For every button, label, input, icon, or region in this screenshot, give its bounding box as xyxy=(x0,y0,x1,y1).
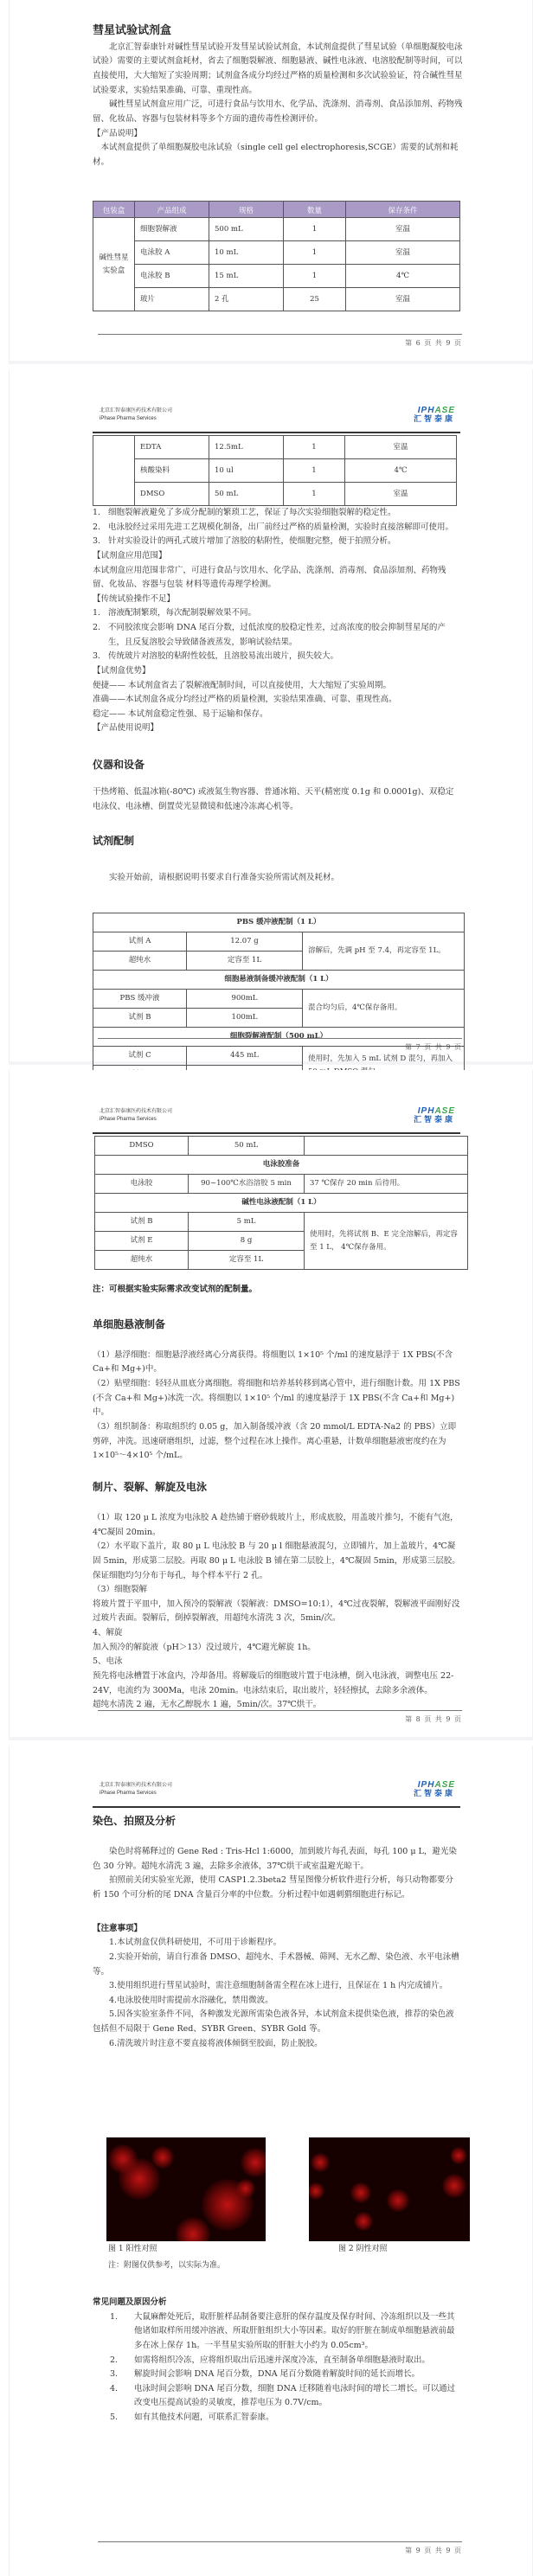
faq-title: 常见问题及原因分析 xyxy=(93,2296,460,2310)
faq-text: 大鼠麻醉处死后，取肝脏样品制备要注意肝的保存温度及保存时间、冷冻组织以及一些其他… xyxy=(134,2312,455,2350)
suspension-step: （3）组织制备：称取组织约 0.05 g，加入制备缓冲液（含 20 mmol/L… xyxy=(93,1420,460,1464)
kit-components-table-body: 碱性彗星实验盒 细胞裂解液 500 mL 1 室温 电泳胶 A 10 mL 1 … xyxy=(93,217,460,311)
equipment-title: 仪器和设备 xyxy=(93,757,460,773)
company-name-en: iPhase Pharma Services xyxy=(100,415,172,423)
notice-item: 2.实验开始前，请自行准备 DMSO、超纯水、手术器械、筛网、无水乙醇、染色液、… xyxy=(93,1951,460,1979)
advantage-item: 准确——本试剂盒各成分均经过严格的质量检测，实验结果准确、可靠、重现性高。 xyxy=(93,693,460,708)
scope-heading: 【试剂盒应用范围】 xyxy=(93,549,460,564)
page-header: 北京汇智泰康医药技术有限公司 iPhase Pharma Services IP… xyxy=(93,1105,460,1134)
faq-item: 4.电泳时间会影响 DNA 尾百分数，细胞 DNA 迁移随着电泳时间的增长二增长… xyxy=(93,2382,460,2411)
cell-storage: 4℃ xyxy=(346,265,460,288)
reagent-intro: 实验开始前，请根据说明书要求自行准备实验所需试剂及耗材。 xyxy=(93,871,460,886)
cell-reagent: PBS 缓冲液 xyxy=(93,990,187,1009)
intro-paragraph-1: 北京汇智泰康针对碱性彗星试验开发彗星试验试剂盒，本试剂盒提供了彗星试验（单细胞凝… xyxy=(93,41,465,99)
stain-paragraph-1: 染色时将稀释过的 Gene Red : Tris-Hcl 1:6000，加到玻片… xyxy=(93,1845,460,1874)
page-9: 北京汇智泰康医药技术有限公司 iPhase Pharma Services IP… xyxy=(9,1746,533,2576)
cell-amount: 定容至 1L xyxy=(189,1251,305,1270)
feature-text: 细胞裂解液避免了多成分配制的繁琐工艺，保证了每次实验细胞裂解的稳定性。 xyxy=(108,508,396,517)
cell-spec: 50 mL xyxy=(209,483,284,506)
company-name-en: iPhase Pharma Services xyxy=(100,1116,172,1124)
cell-spec: 12.5mL xyxy=(209,436,284,459)
cell-name: 电泳胶 A xyxy=(135,241,209,265)
doc-title: 彗星试验试剂盒 xyxy=(93,22,465,41)
product-heading: 【产品说明】 xyxy=(93,127,465,142)
scope-text: 本试剂盒应用范围非常广，可进行食品与饮用水、化学品、洗涤剂、消毒剂、食品添加剂、… xyxy=(93,564,460,593)
cell-reagent: DMSO xyxy=(95,1137,189,1156)
page-8: 北京汇智泰康医药技术有限公司 iPhase Pharma Services IP… xyxy=(9,1070,533,1740)
page-footer: 第 8 页 共 9 页 xyxy=(98,1710,462,1726)
cell-note xyxy=(305,1137,468,1156)
box-name-cell: 碱性彗星实验盒 xyxy=(93,218,135,311)
process-step: 加入预冷的解旋液（pH＞13）没过玻片，4℃避光解旋 1h。 xyxy=(93,1641,460,1656)
table-row: PBS 缓冲液 900mL 混合均匀后，4℃保存备用。 xyxy=(93,990,465,1009)
suspension-step: （1）悬浮细胞：细胞悬浮液经离心分离获得。将细胞以 1×10⁵ 个/ml 的速度… xyxy=(93,1349,460,1377)
notice-item: 4.电泳胶使用时需提前水浴融化，禁用微波。 xyxy=(93,1994,460,2009)
kit-components-table-continued: EDTA 12.5mL 1 室温 核酸染料 10 ul 1 4℃ DMSO 50… xyxy=(93,435,457,506)
logo-text-cn: 汇智泰康 xyxy=(414,415,455,424)
faq-text: 电泳时间会影响 DNA 尾百分数，细胞 DNA 迁移随着电泳时间的增长二增长。可… xyxy=(134,2384,455,2408)
table-row: 试剂 B 5 mL 使用时，先将试剂 B、E 完全溶解后，再定容至 1 L， 4… xyxy=(95,1213,468,1232)
cell-storage: 4℃ xyxy=(345,459,457,483)
table-note: 注：可根据实验实际需求改变试剂的配制量。 xyxy=(93,1283,460,1298)
reagent-prep-table: PBS 缓冲液配制（1 L） 试剂 A 12.07 g 溶解后，先调 pH 至 … xyxy=(93,913,465,1085)
company-name-cn: 北京汇智泰康医药技术有限公司 xyxy=(100,407,172,415)
shortcoming-item: 3.传统玻片对溶胶的粘附性较低，且溶胶易流出玻片，损失较大。 xyxy=(93,650,460,664)
usage-heading: 【产品使用说明】 xyxy=(93,721,460,736)
faq-item: 5.如有其他技术问题，可联系汇智泰康。 xyxy=(93,2411,460,2425)
table-row: 试剂 A 12.07 g 溶解后，先调 pH 至 7.4，再定容至 1L。 xyxy=(93,932,465,952)
process-step: （3）细胞裂解 xyxy=(93,1583,460,1598)
positive-control-image xyxy=(106,2137,266,2241)
cell-name: 核酸染料 xyxy=(135,459,209,483)
iphase-logo: IPHASE 汇智泰康 xyxy=(414,1780,455,1798)
feature-text: 电泳胶经过采用先进工艺规模化制备，出厂前经过严格的质量检测，实验时直接溶解即可使… xyxy=(108,522,453,532)
cell-amount: 定容至 1L xyxy=(187,952,303,971)
stain-paragraph-2: 拍照前关闭实验室光源，使用 CASP1.2.3beta2 彗星图像分析软件进行分… xyxy=(93,1874,460,1902)
cell-amount: 90~100℃水浴溶胶 5 min xyxy=(189,1175,305,1194)
cell-spec: 10 mL xyxy=(209,241,284,265)
feature-item: 1.细胞裂解液避免了多成分配制的繁琐工艺，保证了每次实验细胞裂解的稳定性。 xyxy=(93,506,460,521)
figure-note: 注：附图仅供参考，以实际为准。 xyxy=(108,2259,225,2273)
table-row: EDTA 12.5mL 1 室温 xyxy=(93,436,457,459)
product-text: 本试剂盒提供了单细胞凝胶电泳试验（single cell gel electro… xyxy=(93,141,465,170)
cell-amount: 5 mL xyxy=(189,1213,305,1232)
shortcoming-heading: 【传统试验操作不足】 xyxy=(93,593,460,607)
prep-section-title: PBS 缓冲液配制（1 L） xyxy=(93,913,465,932)
stain-title: 染色、拍照及分析 xyxy=(93,1813,460,1829)
advantage-item: 便捷—— 本试剂盒省去了裂解液配制时间，可以直接使用，大大缩短了实验周期。 xyxy=(93,679,460,694)
kit-table-continued-wrap: EDTA 12.5mL 1 室温 核酸染料 10 ul 1 4℃ DMSO 50… xyxy=(93,435,457,506)
cell-spec: 10 ul xyxy=(209,459,284,483)
cell-name: 电泳胶 B xyxy=(135,265,209,288)
reagent-prep-table-continued: DMSO 50 mL 电泳胶准备 电泳胶 90~100℃水浴溶胶 5 min 3… xyxy=(94,1136,468,1270)
table-row: 玻片 2 孔 25 室温 xyxy=(93,288,460,311)
notice-item: 3.使用组织进行彗星试验时，需注意细胞制备需全程在冰上进行，且保证在 1 h 内… xyxy=(93,1979,460,1994)
cell-spec: 2 孔 xyxy=(209,288,284,311)
company-name: 北京汇智泰康医药技术有限公司 iPhase Pharma Services xyxy=(100,1782,172,1797)
prep-section-title: 碱性电泳液配制（1 L） xyxy=(95,1194,468,1213)
page-header: 北京汇智泰康医药技术有限公司 iPhase Pharma Services IP… xyxy=(93,1778,460,1808)
feature-item: 2.电泳胶经过采用先进工艺规模化制备，出厂前经过严格的质量检测，实验时直接溶解即… xyxy=(93,521,460,535)
table-row: 电泳胶 90~100℃水浴溶胶 5 min 37 ℃保存 20 min 后待用。 xyxy=(95,1175,468,1194)
cell-name: EDTA xyxy=(135,436,209,459)
company-name-en: iPhase Pharma Services xyxy=(100,1790,172,1797)
cell-storage: 室温 xyxy=(345,483,457,506)
table-row: 碱性彗星实验盒 细胞裂解液 500 mL 1 室温 xyxy=(93,218,460,241)
reagent-title: 试剂配制 xyxy=(93,833,460,849)
table-row: 核酸染料 10 ul 1 4℃ xyxy=(93,459,457,483)
notice-item: 6.清洗玻片时注意不要直接将液体倾倒至胶面，防止脱胶。 xyxy=(93,2037,460,2052)
table-row: 电泳胶 B 15 mL 1 4℃ xyxy=(93,265,460,288)
faq-text: 如需将组织冷冻，应将组织取出后迅速并深度冷冻，直至制备单细胞悬液时取出。 xyxy=(134,2355,430,2365)
cell-amount: 50 mL xyxy=(189,1137,305,1156)
cell-amount: 8 g xyxy=(189,1232,305,1251)
process-step: （1）取 120 μ L 浓度为电泳胶 A 趁热铺于磨砂载玻片上，形成底胶，用盖… xyxy=(93,1511,460,1540)
shortcoming-item: 1.溶液配制繁琐，每次配制裂解效果不同。 xyxy=(93,606,460,621)
cell-storage: 室温 xyxy=(346,288,460,311)
page-header: 北京汇智泰康医药技术有限公司 iPhase Pharma Services IP… xyxy=(93,404,460,433)
process-title: 制片、裂解、解旋及电泳 xyxy=(93,1479,460,1496)
cell-qty: 1 xyxy=(284,218,346,241)
page-footer: 第 7 页 共 9 页 xyxy=(98,1038,462,1054)
cell-amount: 100mL xyxy=(187,1009,303,1028)
cell-amount: 900mL xyxy=(187,990,303,1009)
cell-name: DMSO xyxy=(135,483,209,506)
page-footer: 第 6 页 共 9 页 xyxy=(98,334,462,349)
shortcoming-text: 传统玻片对溶胶的粘附性较低，且溶胶易流出玻片，损失较大。 xyxy=(108,651,338,661)
faq-item: 2.如需将组织冷冻，应将组织取出后迅速并深度冷冻，直至制备单细胞悬液时取出。 xyxy=(93,2354,460,2368)
faq-item: 3.解旋时间会影响 DNA 尾百分数，DNA 尾百分数随着解旋时间的延长而增长。 xyxy=(93,2368,460,2382)
cell-storage: 室温 xyxy=(346,241,460,265)
company-name: 北京汇智泰康医药技术有限公司 iPhase Pharma Services xyxy=(100,1108,172,1123)
cell-spec: 15 mL xyxy=(209,265,284,288)
cell-reagent: 试剂 A xyxy=(93,932,187,952)
logo-text-cn: 汇智泰康 xyxy=(414,1790,455,1798)
suspension-title: 单细胞悬液制备 xyxy=(93,1317,460,1333)
equipment-text: 干热烤箱、低温冰箱(-80℃) 或液氮生物容器、普通冰箱、天平(精密度 0.1g… xyxy=(93,785,460,814)
cell-reagent: 试剂 B xyxy=(95,1213,189,1232)
notice-item: 1.本试剂盒仅供科研使用，不可用于诊断程序。 xyxy=(93,1936,460,1951)
faq-item: 1.大鼠麻醉处死后，取肝脏样品制备要注意肝的保存温度及保存时间、冷冻组织以及一些… xyxy=(93,2310,460,2354)
figure-2-caption: 图 2 阴性对照 xyxy=(338,2243,387,2257)
cell-note: 溶解后，先调 pH 至 7.4，再定容至 1L。 xyxy=(303,932,465,971)
prep-table-continued-wrap: DMSO 50 mL 电泳胶准备 电泳胶 90~100℃水浴溶胶 5 min 3… xyxy=(94,1136,468,1270)
negative-control-image xyxy=(309,2137,470,2241)
table-row: 电泳胶 A 10 mL 1 室温 xyxy=(93,241,460,265)
process-step: 将玻片置于平皿中，加入预冷的裂解液（裂解液：DMSO=10:1），4℃过夜裂解，… xyxy=(93,1598,460,1626)
company-name: 北京汇智泰康医药技术有限公司 iPhase Pharma Services xyxy=(100,407,172,422)
process-step: 5、电泳 xyxy=(93,1655,460,1669)
cell-storage: 室温 xyxy=(346,218,460,241)
process-step: （2）水平取下盖片，取 80 μ L 电泳胶 B 与 20 μ l 细胞悬液混匀… xyxy=(93,1540,460,1583)
cell-note: 混合均匀后，4℃保存备用。 xyxy=(303,990,465,1028)
shortcoming-item: 2.不同胶浓度会影响 DNA 尾百分数，过低浓度的胶稳定性差，过高浓度的胶会抑制… xyxy=(93,621,460,650)
table-row: DMSO 50 mL 1 室温 xyxy=(93,483,457,506)
cell-spec: 500 mL xyxy=(209,218,284,241)
cell-name: 玻片 xyxy=(135,288,209,311)
cell-name: 细胞裂解液 xyxy=(135,218,209,241)
intro-paragraph-2: 碱性彗星试剂盒应用广泛，可进行食品与饮用水、化学品、洗涤剂、消毒剂、食品添加剂、… xyxy=(93,98,465,126)
logo-text-cn: 汇智泰康 xyxy=(414,1116,455,1125)
suspension-step: （2）贴壁细胞：轻轻从皿底分离细胞。将细胞和培养基转移到离心管中，进行细胞计数。… xyxy=(93,1377,460,1420)
notice-heading: 【注意事项】 xyxy=(93,1922,460,1937)
cell-reagent: 试剂 E xyxy=(95,1232,189,1251)
cell-qty: 1 xyxy=(284,459,345,483)
cell-amount: 12.07 g xyxy=(187,932,303,952)
cell-qty: 1 xyxy=(284,436,345,459)
cell-qty: 1 xyxy=(284,265,346,288)
cell-reagent: 超纯水 xyxy=(93,952,187,971)
cell-reagent: 超纯水 xyxy=(95,1251,189,1270)
shortcoming-text: 溶液配制繁琐，每次配制裂解效果不同。 xyxy=(108,608,256,618)
box-name-cell-empty xyxy=(93,436,135,506)
cell-note: 37 ℃保存 20 min 后待用。 xyxy=(305,1175,468,1194)
feature-text: 针对实验设计的两孔式玻片增加了溶胶的粘附性，使细胞完整，便于拍照分析。 xyxy=(108,536,396,546)
cell-qty: 1 xyxy=(284,483,345,506)
page-6-table: 碱性彗星实验盒 细胞裂解液 500 mL 1 室温 电泳胶 A 10 mL 1 … xyxy=(9,217,533,364)
cell-reagent: 电泳胶 xyxy=(95,1175,189,1194)
process-step: 预先将电泳槽置于冰盒内，冷却备用。将解璇后的细胞玻片置于电泳槽，倒入电泳液，调整… xyxy=(93,1669,460,1698)
cell-reagent: 试剂 B xyxy=(93,1009,187,1028)
page-footer: 第 9 页 共 9 页 xyxy=(98,2541,462,2557)
page-7: 北京汇智泰康医药技术有限公司 iPhase Pharma Services IP… xyxy=(9,369,533,1065)
figure-1-caption: 图 1 阳性对照 xyxy=(108,2243,157,2257)
advantage-item: 稳定—— 本试剂盒稳定性强、易于运输和保存。 xyxy=(93,708,460,722)
page-6: 彗星试验试剂盒 北京汇智泰康针对碱性彗星试验开发彗星试验试剂盒，本试剂盒提供了彗… xyxy=(9,0,533,221)
company-name-cn: 北京汇智泰康医药技术有限公司 xyxy=(100,1108,172,1116)
shortcoming-text: 不同胶浓度会影响 DNA 尾百分数，过低浓度的胶稳定性差，过高浓度的胶会抑制彗星… xyxy=(108,623,446,647)
cell-storage: 室温 xyxy=(345,436,457,459)
iphase-logo: IPHASE 汇智泰康 xyxy=(414,1106,455,1125)
cell-qty: 25 xyxy=(284,288,346,311)
process-step: 4、解旋 xyxy=(93,1626,460,1641)
feature-item: 3.针对实验设计的两孔式玻片增加了溶胶的粘附性，使细胞完整，便于拍照分析。 xyxy=(93,535,460,549)
cell-qty: 1 xyxy=(284,241,346,265)
advantage-heading: 【试剂盒优势】 xyxy=(93,664,460,679)
table-row: DMSO 50 mL xyxy=(95,1137,468,1156)
faq-text: 如有其他技术问题，可联系汇智泰康。 xyxy=(134,2413,274,2422)
iphase-logo: IPHASE 汇智泰康 xyxy=(414,406,455,424)
company-name-cn: 北京汇智泰康医药技术有限公司 xyxy=(100,1782,172,1790)
cell-note: 使用时，先将试剂 B、E 完全溶解后，再定容至 1 L， 4℃保存备用。 xyxy=(305,1213,468,1270)
prep-section-title: 电泳胶准备 xyxy=(95,1156,468,1175)
prep-table-wrap: PBS 缓冲液配制（1 L） 试剂 A 12.07 g 溶解后，先调 pH 至 … xyxy=(93,913,465,1085)
notice-item: 5.因各实验室条件不同，各种激发光源所需染色液各异，本试剂盒未提供染色液，推荐的… xyxy=(93,2008,460,2036)
prep-section-title: 细胞悬液制备缓冲液配制（1 L） xyxy=(93,971,465,990)
faq-text: 解旋时间会影响 DNA 尾百分数，DNA 尾百分数随着解旋时间的延长而增长。 xyxy=(134,2369,420,2379)
